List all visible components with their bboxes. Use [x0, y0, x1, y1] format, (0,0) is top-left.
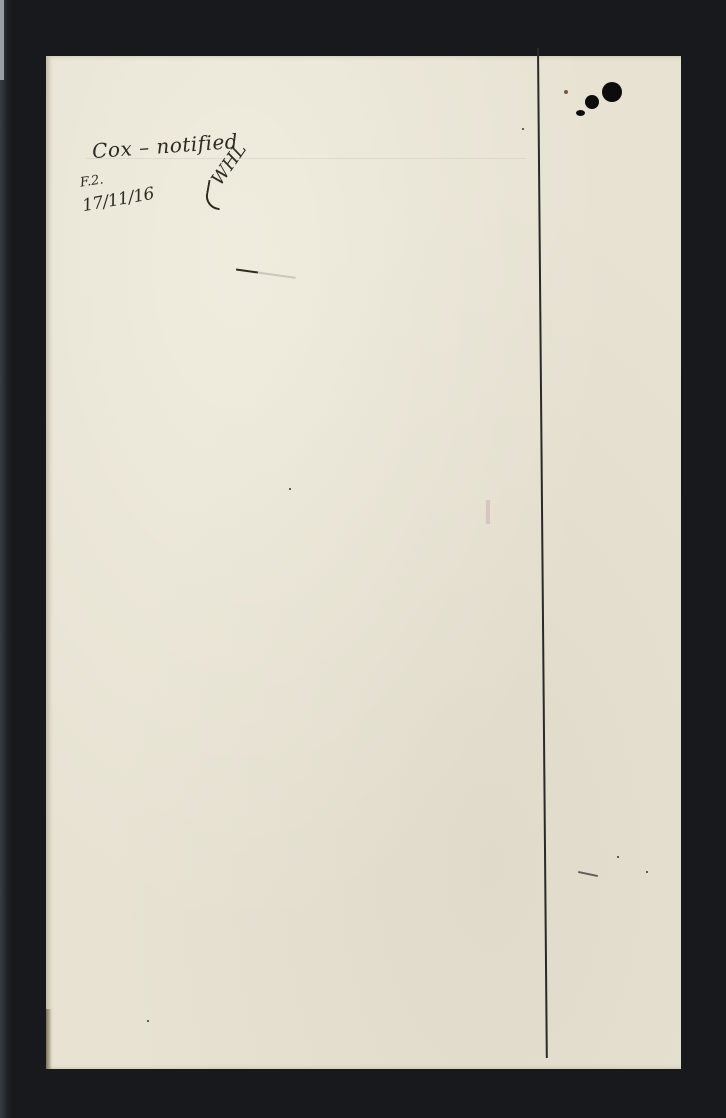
punch-hole-medium	[585, 95, 599, 109]
margin-rule-line	[537, 48, 547, 1058]
paper-speck	[289, 488, 291, 490]
paper-speck	[147, 1020, 149, 1022]
paper-speck	[646, 871, 648, 873]
margin-scribble	[578, 871, 598, 877]
pen-dash-mark	[236, 268, 258, 273]
paper-speck	[617, 856, 619, 858]
signature-flourish	[204, 180, 225, 210]
paper-stain	[564, 90, 568, 94]
scanner-edge	[0, 0, 12, 1118]
document-sheet: Cox – notified F.2. 17/11/16 WHL	[46, 56, 681, 1069]
punch-hole-small	[576, 110, 585, 116]
handwritten-reference: F.2.	[79, 172, 104, 190]
paper-speck	[522, 128, 524, 130]
punch-hole-large	[602, 82, 622, 102]
ink-smudge	[486, 500, 490, 524]
